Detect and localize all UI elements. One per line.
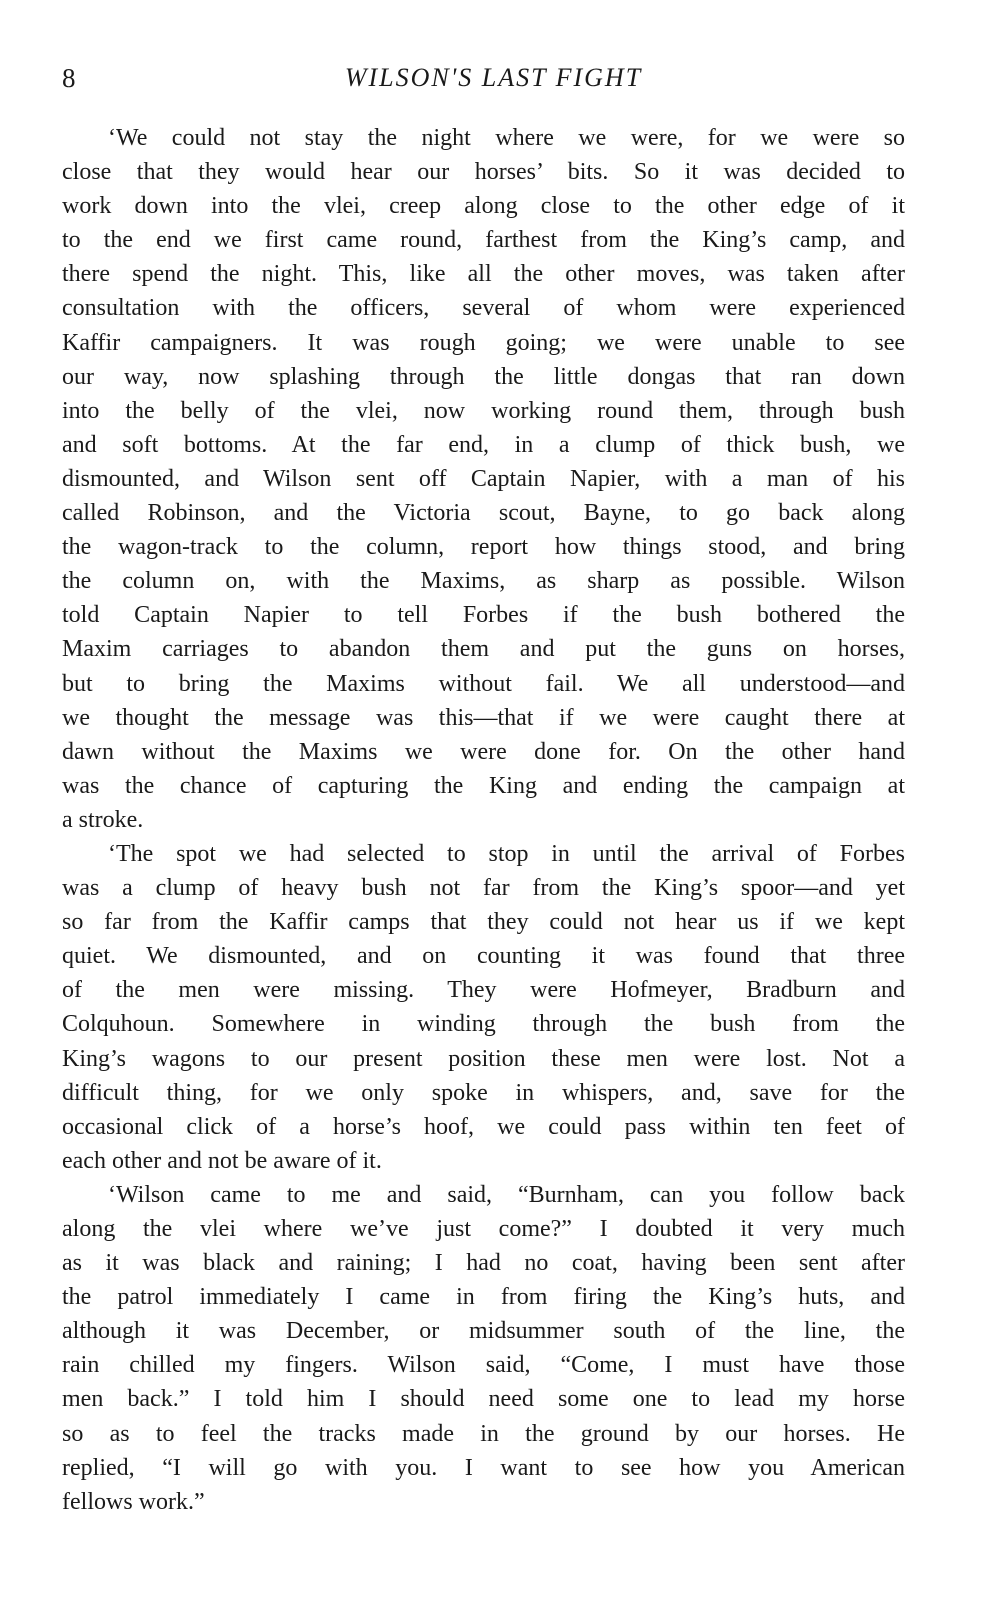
text-line: King’s wagons to our present position th…	[62, 1042, 905, 1076]
text-line: Kaffir campaigners. It was rough going; …	[62, 326, 905, 360]
text-line: to the end we first came round, farthest…	[62, 223, 905, 257]
text-line: men back.” I told him I should need some…	[62, 1382, 905, 1416]
text-line: although it was December, or midsummer s…	[62, 1314, 905, 1348]
text-line: Colquhoun. Somewhere in winding through …	[62, 1007, 905, 1041]
text-line: the patrol immediately I came in from fi…	[62, 1280, 905, 1314]
paragraph-2: ‘The spot we had selected to stop in unt…	[62, 837, 905, 1178]
text-line: so as to feel the tracks made in the gro…	[62, 1417, 905, 1451]
text-line: we thought the message was this—that if …	[62, 701, 905, 735]
text-line: along the vlei where we’ve just come?” I…	[62, 1212, 905, 1246]
text-line: told Captain Napier to tell Forbes if th…	[62, 598, 905, 632]
text-line: of the men were missing. They were Hofme…	[62, 973, 905, 1007]
text-line: rain chilled my fingers. Wilson said, “C…	[62, 1348, 905, 1382]
text-line: each other and not be aware of it.	[62, 1144, 905, 1178]
text-line: work down into the vlei, creep along clo…	[62, 189, 905, 223]
text-line: the wagon-track to the column, report ho…	[62, 530, 905, 564]
text-line: ‘Wilson came to me and said, “Burnham, c…	[62, 1178, 905, 1212]
text-line: but to bring the Maxims without fail. We…	[62, 667, 905, 701]
text-line: there spend the night. This, like all th…	[62, 257, 905, 291]
running-head: WILSON'S LAST FIGHT	[62, 58, 905, 98]
text-line: was the chance of capturing the King and…	[62, 769, 905, 803]
body-text: ‘We could not stay the night where we we…	[62, 121, 905, 1519]
text-line: was a clump of heavy bush not far from t…	[62, 871, 905, 905]
paragraph-1: ‘We could not stay the night where we we…	[62, 121, 905, 837]
text-line: ‘The spot we had selected to stop in unt…	[62, 837, 905, 871]
text-line: occasional click of a horse’s hoof, we c…	[62, 1110, 905, 1144]
text-line: as it was black and raining; I had no co…	[62, 1246, 905, 1280]
text-line: Maxim carriages to abandon them and put …	[62, 632, 905, 666]
text-line: a stroke.	[62, 803, 905, 837]
text-line: fellows work.”	[62, 1485, 905, 1519]
text-line: difficult thing, for we only spoke in wh…	[62, 1076, 905, 1110]
book-page: 8 WILSON'S LAST FIGHT ‘We could not stay…	[0, 0, 1000, 1619]
text-line: consultation with the officers, several …	[62, 291, 905, 325]
text-line: dawn without the Maxims we were done for…	[62, 735, 905, 769]
text-line: our way, now splashing through the littl…	[62, 360, 905, 394]
text-line: ‘We could not stay the night where we we…	[62, 121, 905, 155]
paragraph-3: ‘Wilson came to me and said, “Burnham, c…	[62, 1178, 905, 1519]
text-line: close that they would hear our horses’ b…	[62, 155, 905, 189]
text-line: quiet. We dismounted, and on counting it…	[62, 939, 905, 973]
page-header: 8 WILSON'S LAST FIGHT	[62, 58, 905, 98]
text-line: so far from the Kaffir camps that they c…	[62, 905, 905, 939]
text-line: the column on, with the Maxims, as sharp…	[62, 564, 905, 598]
text-line: into the belly of the vlei, now working …	[62, 394, 905, 428]
text-line: dismounted, and Wilson sent off Captain …	[62, 462, 905, 496]
text-line: replied, “I will go with you. I want to …	[62, 1451, 905, 1485]
text-line: and soft bottoms. At the far end, in a c…	[62, 428, 905, 462]
text-line: called Robinson, and the Victoria scout,…	[62, 496, 905, 530]
